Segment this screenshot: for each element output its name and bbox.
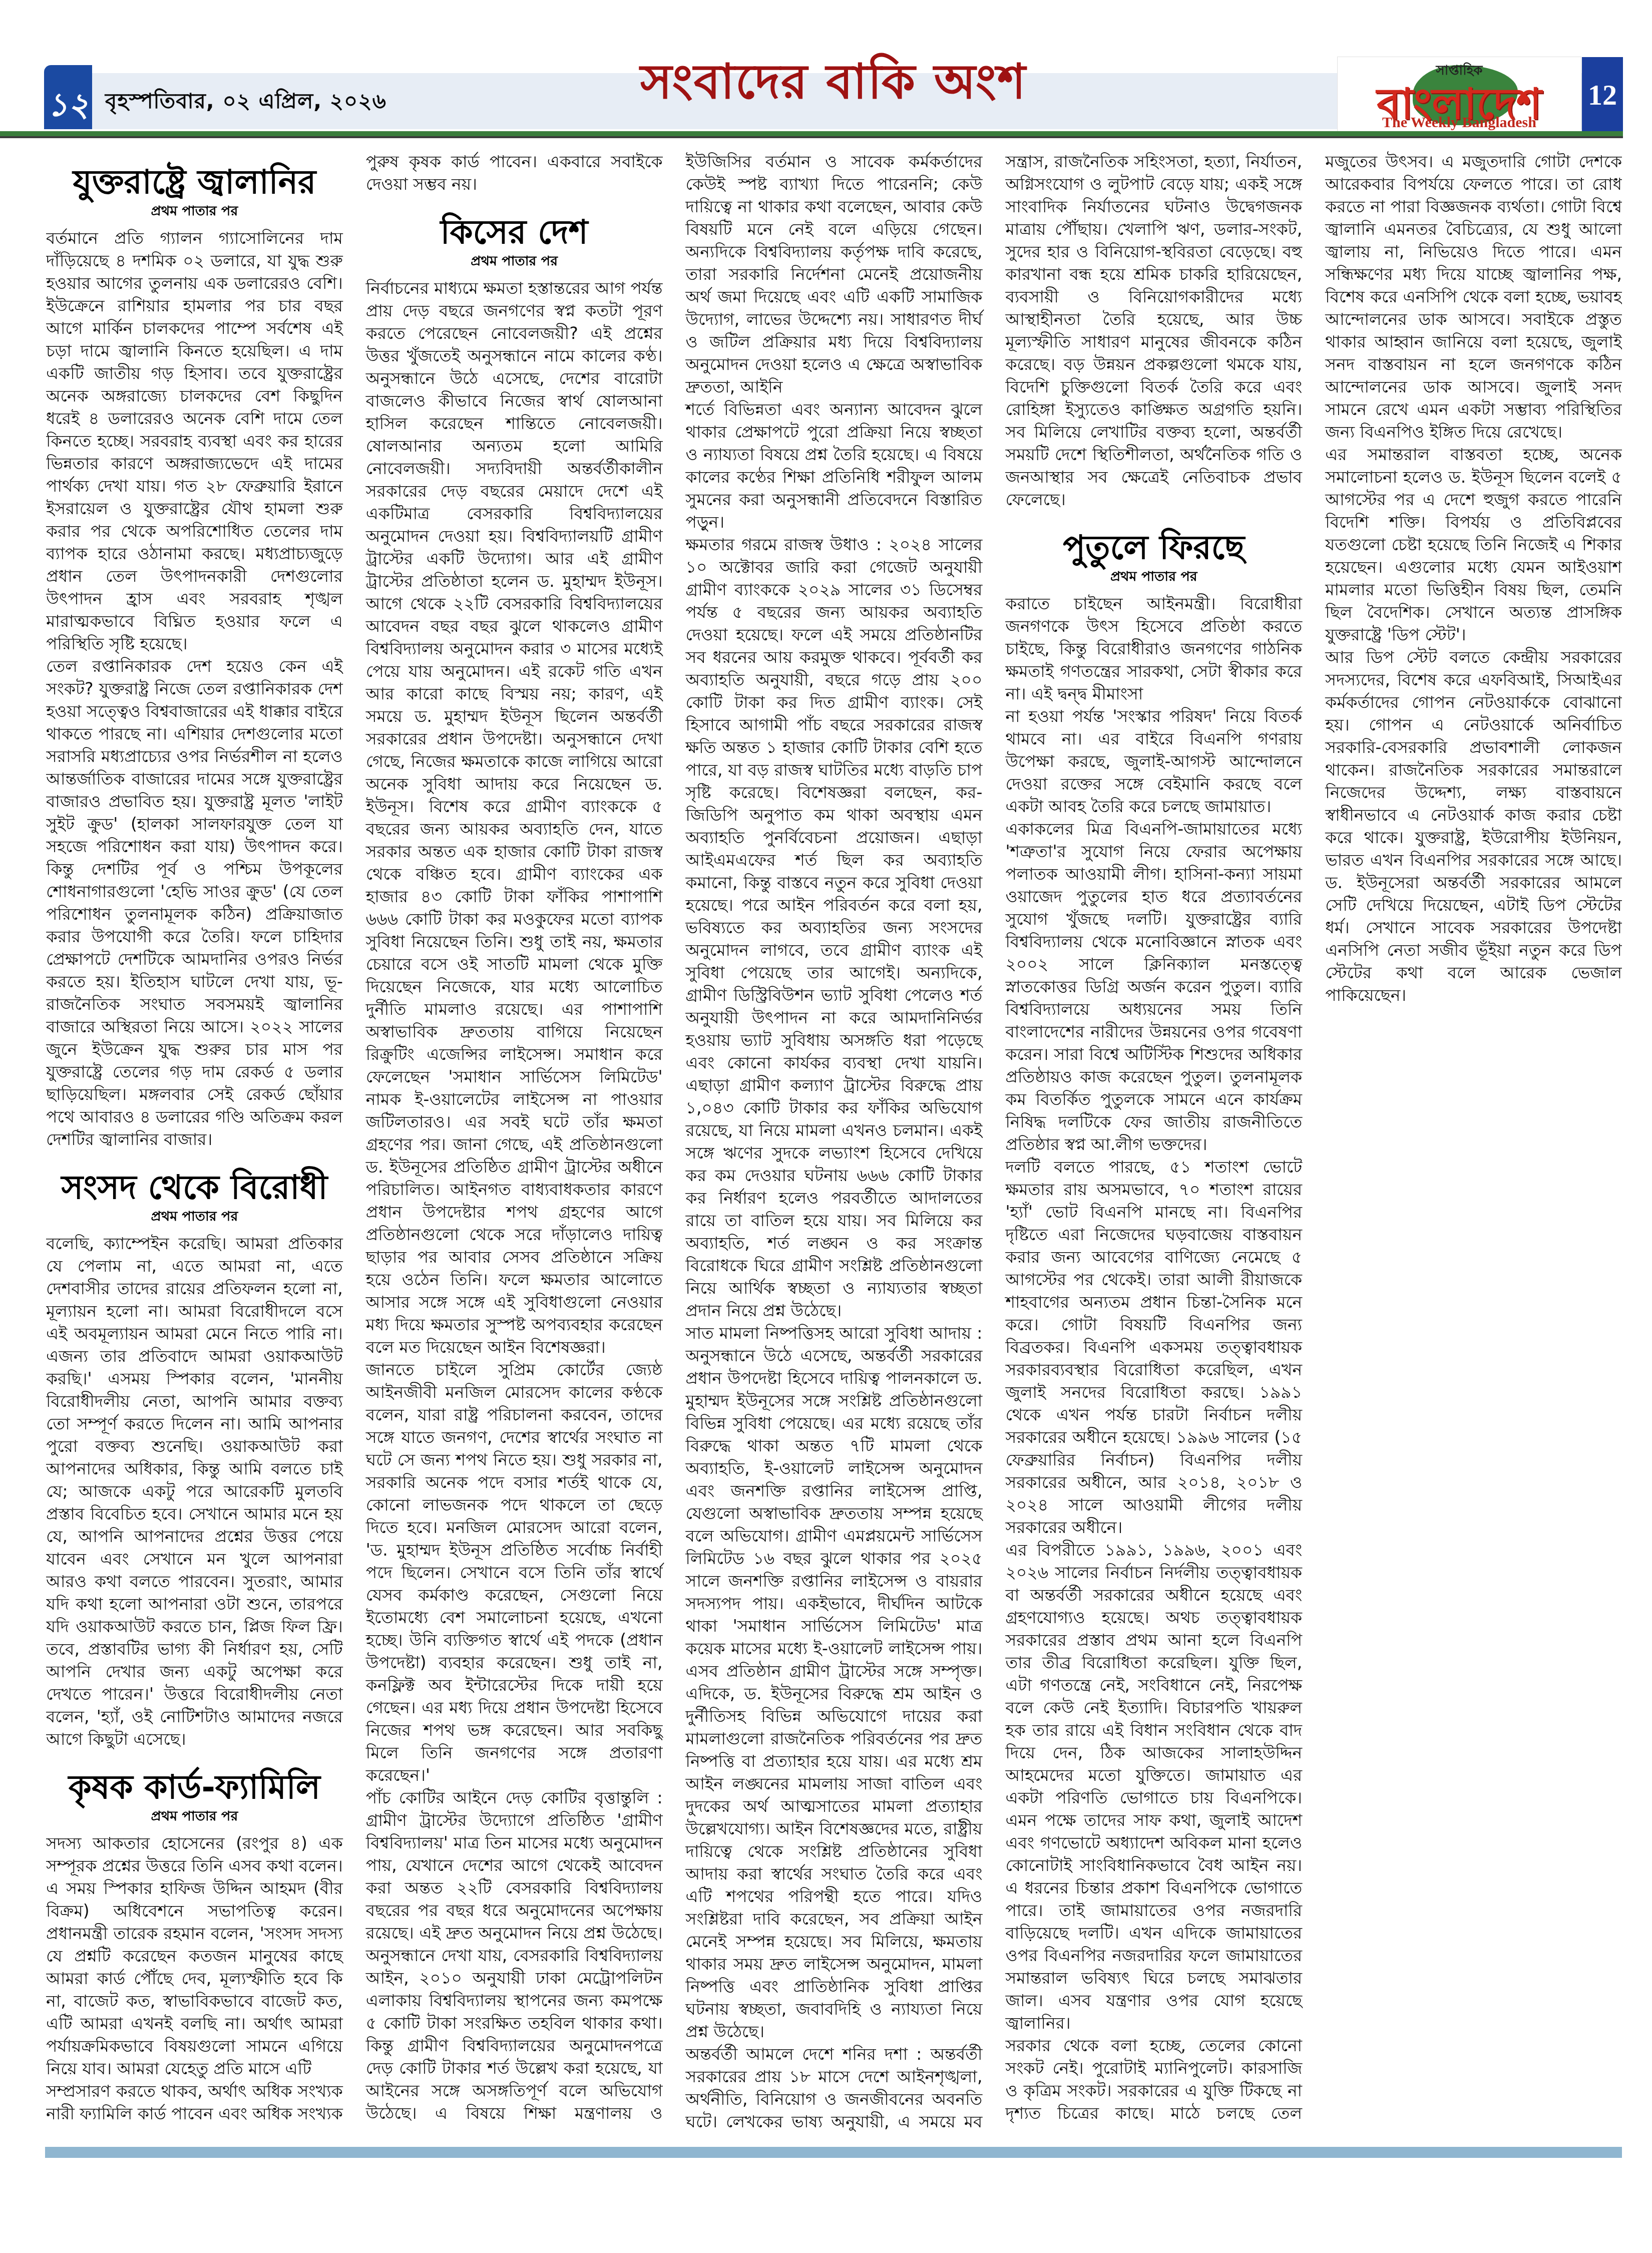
- footer-rule: [45, 2147, 1622, 2158]
- newspaper-logo: সাপ্তাহিক বাংলাদেশ The Weekly Bangladesh: [1338, 57, 1581, 132]
- story-paragraph: শর্তে বিভিন্নতা এবং অন্যান্য আবেদন ঝুলে …: [686, 398, 983, 533]
- story-headline: পুতুলে ফিরছে: [1005, 516, 1302, 568]
- header-divider: [0, 131, 1623, 138]
- story-headline: যুক্তরাষ্ট্রে জ্বালানির: [46, 150, 343, 202]
- story-paragraph: নির্বাচনের মাধ্যমে ক্ষমতা হস্তান্তরের আগ…: [366, 277, 663, 1358]
- story-paragraph: বর্তমানে প্রতি গ্যালন গ্যাসোলিনের দাম দা…: [46, 227, 343, 655]
- story-headline: সংসদ থেকে বিরোধী: [46, 1156, 343, 1208]
- continued-from-front-label: প্রথম পাতার পর: [46, 1807, 343, 1832]
- story-paragraph: না হওয়া পর্যন্ত 'সংস্কার পরিষদ' নিয়ে ব…: [1005, 705, 1302, 818]
- story-paragraph: করাতে চাইছেন আইনমন্ত্রী। বিরোধীরা জনগণকে…: [1005, 592, 1302, 705]
- article-columns: যুক্তরাষ্ট্রে জ্বালানিরপ্রথম পাতার পরবর্…: [46, 150, 1622, 2133]
- continued-from-front-label: প্রথম পাতার পর: [1005, 568, 1302, 592]
- story-paragraph: সদস্য আকতার হোসেনের (রংপুর ৪) এক সম্পূরক…: [46, 1832, 343, 2080]
- story-headline: কৃষক কার্ড-ফ্যামিলি: [46, 1755, 343, 1807]
- newspaper-page: { "header": { "page_number_bn": "১২", "p…: [0, 0, 1652, 2253]
- story-paragraph: তেল রপ্তানিকারক দেশ হয়েও কেন এই সংকট? য…: [46, 655, 343, 1151]
- story-paragraph: আর ডিপ স্টেট বলতে কেন্দ্রীয় সরকারের সদস…: [1325, 646, 1622, 1006]
- story-paragraph: সাত মামলা নিষ্পত্তিসহ আরো সুবিধা আদায় :…: [686, 1322, 983, 2043]
- logo-subtitle: The Weekly Bangladesh: [1338, 114, 1581, 131]
- story-paragraph: জানতে চাইলে সুপ্রিম কোর্টের জ্যেষ্ঠ আইনজ…: [366, 1358, 663, 1786]
- page-number-box-right: 12: [1582, 57, 1623, 132]
- continued-from-front-label: প্রথম পাতার পর: [46, 202, 343, 227]
- story-paragraph: একাকলের মিত্র বিএনপি-জামায়াতের মধ্যে 'শ…: [1005, 818, 1302, 1156]
- story-paragraph: এর সমান্তরাল বাস্তবতা হচ্ছে, অনেক সমালোচ…: [1325, 443, 1622, 646]
- continued-from-front-label: প্রথম পাতার পর: [366, 252, 663, 277]
- page-number-en: 12: [1588, 78, 1617, 112]
- story-paragraph: এর বিপরীতে ১৯৯১, ১৯৯৬, ২০০১ এবং ২০২৬ সাল…: [1005, 1539, 1302, 2034]
- masthead: ১২ বৃহস্পতিবার, ০২ এপ্রিল, ২০২৬ সংবাদের …: [44, 59, 1623, 129]
- story-paragraph: ক্ষমতার গরমে রাজস্ব উধাও : ২০২৪ সালের ১০…: [686, 533, 983, 1322]
- story-headline: কিসের দেশ: [366, 200, 663, 252]
- continued-from-front-label: প্রথম পাতার পর: [46, 1208, 343, 1232]
- story-paragraph: বলেছি, ক্যাম্পেইন করেছি। আমরা প্রতিকার য…: [46, 1232, 343, 1750]
- story-paragraph: দলটি বলতে পারছে, ৫১ শতাংশ ভোটে ক্ষমতার র…: [1005, 1156, 1302, 1539]
